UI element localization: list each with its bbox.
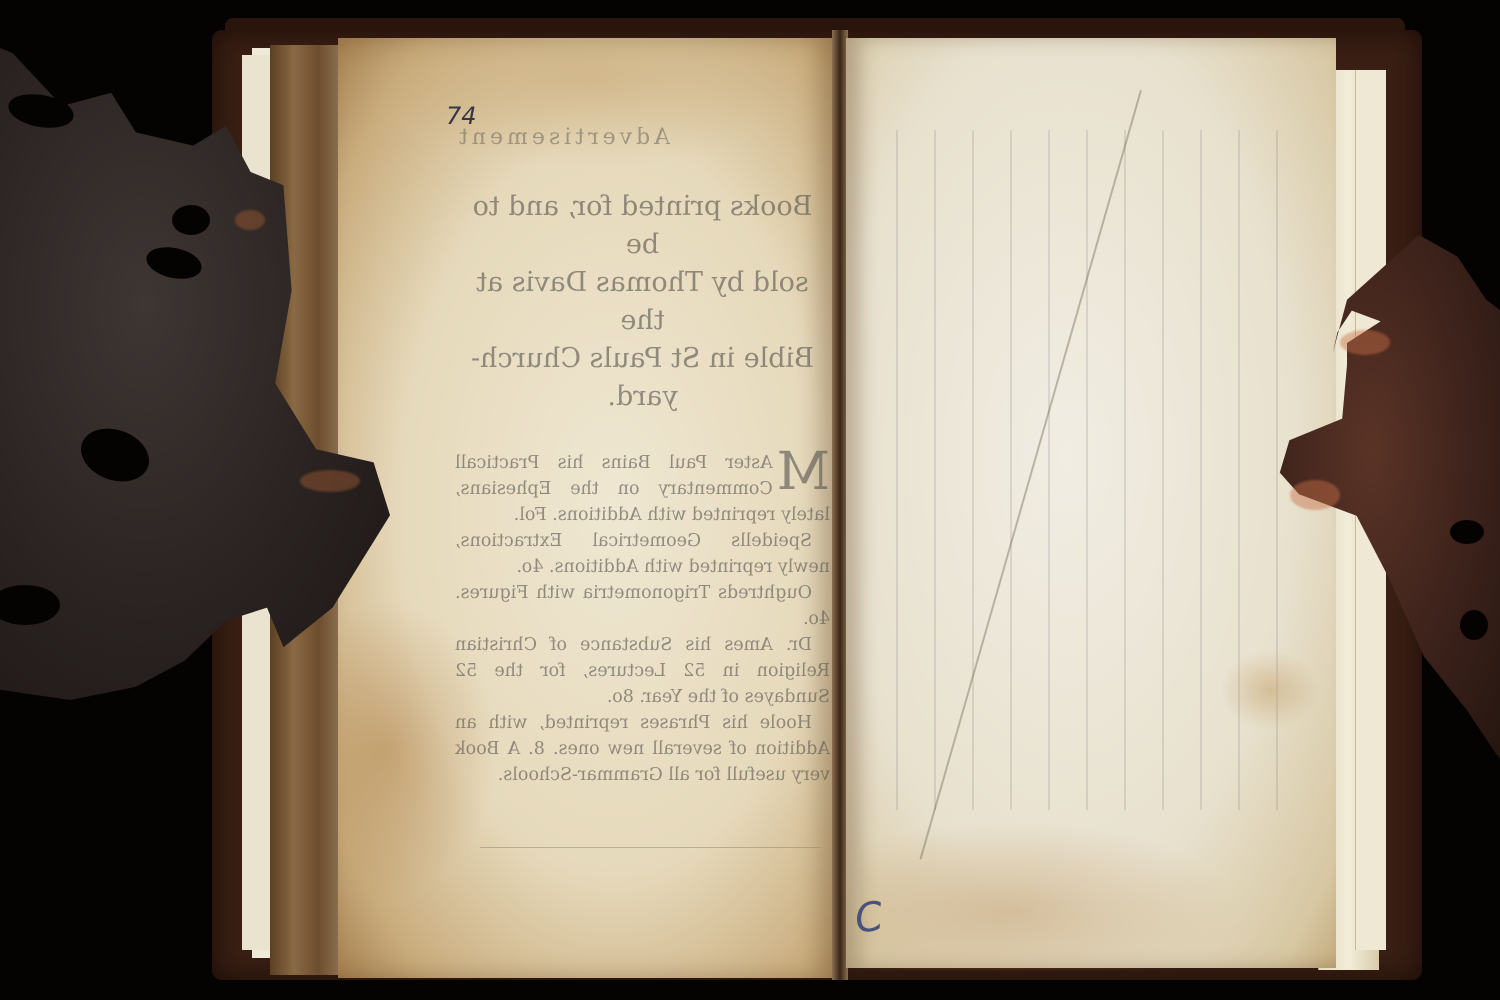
list-item: Oughtreds Trigonometria with Figures. 4o… (455, 580, 830, 632)
title-line: Bible in St Pauls Church- (455, 340, 830, 378)
rust-spot (1340, 330, 1390, 355)
mirrored-printed-text: Advertisement Books printed for, and to … (455, 118, 830, 788)
weight-hole (1450, 520, 1484, 544)
weight-hole (1460, 610, 1488, 640)
dropcap: M (777, 450, 830, 494)
weight-hole (172, 205, 210, 235)
foxing-stain (1220, 650, 1320, 730)
rust-spot (1290, 480, 1340, 510)
entry-text: Aster Paul Bains his Practicall Commenta… (455, 453, 830, 525)
rust-spot (235, 210, 265, 230)
list-item: Speidells Geometrical Extractions, newly… (455, 528, 830, 580)
rust-spot (300, 470, 360, 492)
title-line: sold by Thomas Davis at the (455, 264, 830, 340)
list-item: MAster Paul Bains his Practicall Comment… (455, 450, 830, 528)
page-title: Books printed for, and to be sold by Tho… (455, 188, 830, 416)
book-photograph: Advertisement Books printed for, and to … (0, 0, 1500, 1000)
list-item: Hoole his Phrases reprinted, with an Add… (455, 710, 830, 788)
list-item: Dr. Ames his Substance of Christian Reli… (455, 632, 830, 710)
book-list: MAster Paul Bains his Practicall Comment… (455, 450, 830, 788)
handwritten-page-number: 74 (446, 102, 477, 130)
foxing-stain (860, 820, 1240, 970)
title-line: Books printed for, and to be (455, 188, 830, 264)
printed-rule (480, 847, 820, 848)
title-line: yard. (455, 378, 830, 416)
running-header: Advertisement (455, 118, 830, 158)
